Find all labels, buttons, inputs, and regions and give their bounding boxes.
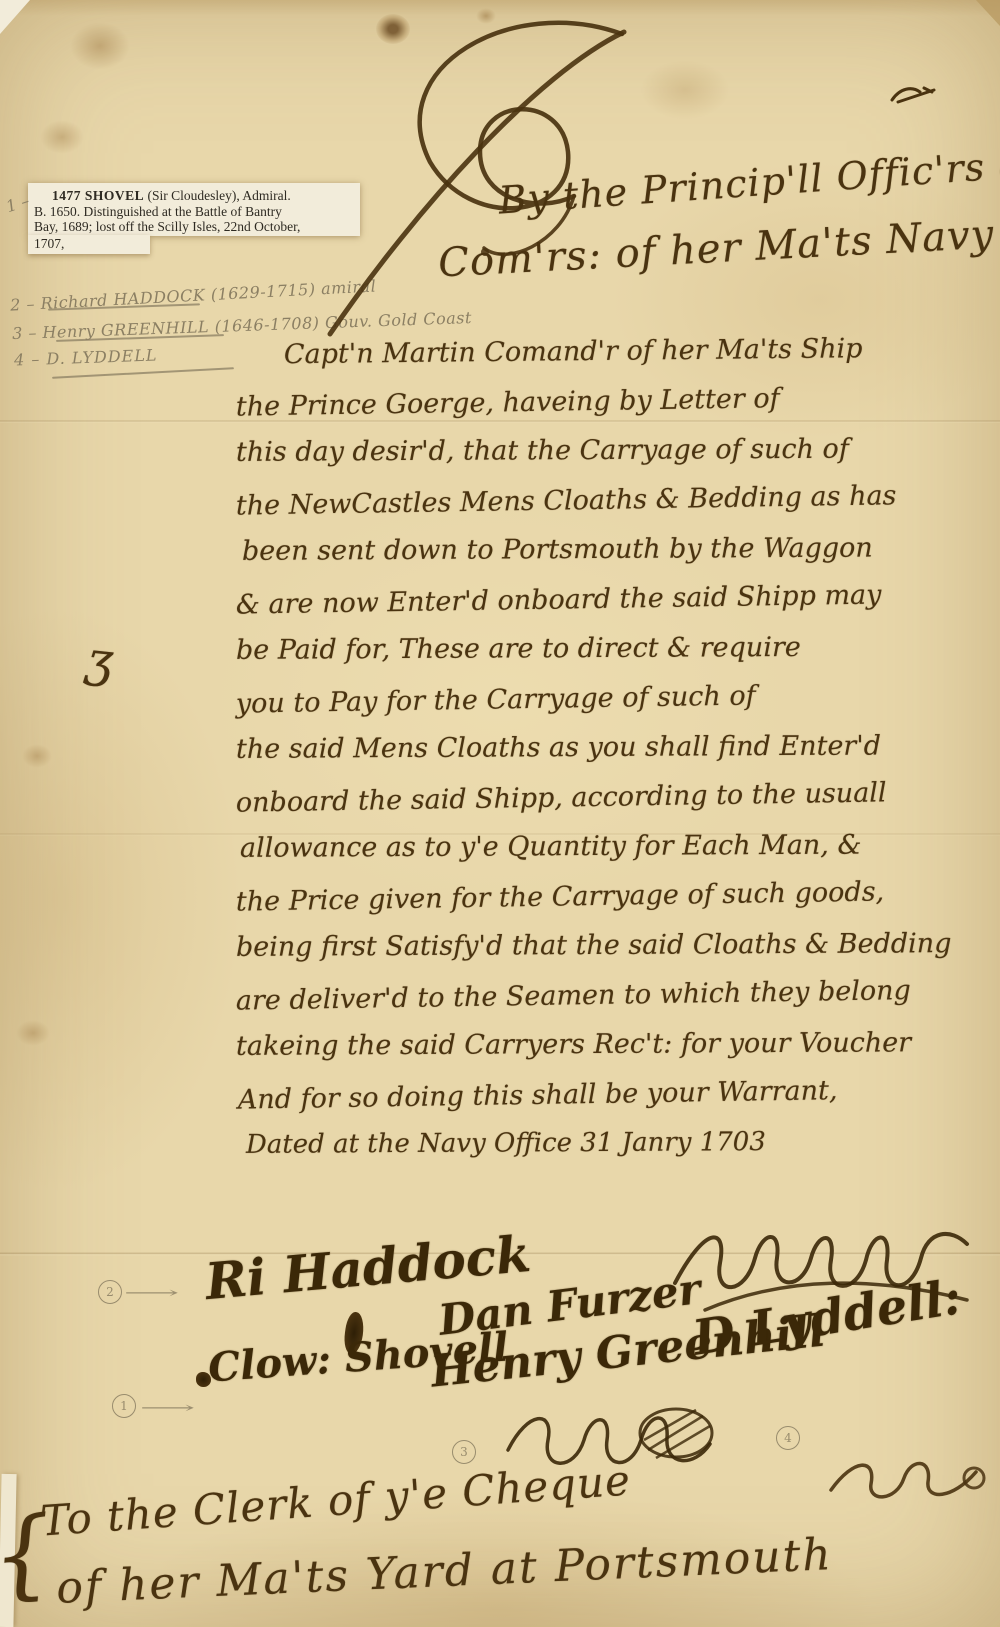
body-line: been sent down to Portsmouth by the Wagg…: [236, 532, 952, 585]
catalog-label-tab: 1707,: [28, 235, 150, 254]
body-line: being first Satisfy'd that the said Cloa…: [236, 928, 952, 981]
paper-stain: [40, 120, 84, 154]
body-line: be Paid for, These are to direct & requi…: [236, 631, 952, 684]
paper-stain: [22, 744, 52, 768]
catalog-label: 1477 SHOVEL (Sir Cloudesley), Admiral. B…: [28, 183, 360, 236]
body-line: you to Pay for the Carryage of such of: [236, 677, 952, 738]
body-line: Dated at the Navy Office 31 Janry 1703: [236, 1126, 952, 1179]
pencil-circle-1: 1: [112, 1394, 136, 1418]
body-line: this day desir'd, that the Carryage of s…: [236, 433, 952, 486]
pencil-underline: [52, 367, 234, 379]
pencil-circle-4: 4: [776, 1426, 800, 1450]
pencil-circle-3: 3: [452, 1440, 476, 1464]
dark-corner-top-right: [976, 0, 1000, 26]
pencil-arrow: ⟶: [140, 1398, 195, 1417]
label-entry-number-name: 1477 SHOVEL: [52, 188, 144, 203]
body-line: And for so doing this shall be your Warr…: [236, 1073, 952, 1134]
body-line: are deliver'd to the Seamen to which the…: [236, 974, 952, 1035]
margin-squiggle: ʒ: [83, 631, 116, 690]
body-line: & are now Enter'd onboard the said Shipp…: [236, 578, 952, 639]
label-line-1: 1477 SHOVEL (Sir Cloudesley), Admiral.: [34, 188, 354, 204]
body-line: allowance as to y'e Quantity for Each Ma…: [236, 829, 952, 882]
label-line-2: B. 1650. Distinguished at the Battle of …: [34, 204, 354, 220]
body-line: the NewCastles Mens Cloaths & Bedding as…: [236, 479, 952, 540]
address-scribble-flourish: [826, 1444, 986, 1506]
address-line-1: To the Clerk of y'e Cheque: [39, 1455, 632, 1545]
body-line: Capt'n Martin Comand'r of her Ma'ts Ship: [236, 332, 952, 389]
body-line: onboard the said Shipp, according to the…: [236, 776, 952, 837]
body-line: takeing the said Carryers Rec't: for you…: [236, 1027, 952, 1080]
body-line: the Price given for the Carryage of such…: [236, 875, 952, 936]
manuscript-page: 1477 SHOVEL (Sir Cloudesley), Admiral. B…: [0, 0, 1000, 1627]
label-line-3: Bay, 1689; lost off the Scilly Isles, 22…: [34, 219, 354, 235]
torn-corner-top-left: [0, 0, 30, 34]
ink-scratch-mark: [888, 80, 940, 108]
paper-stain: [16, 1020, 50, 1046]
pencil-circle-2: 2: [98, 1280, 122, 1304]
paper-stain: [70, 22, 130, 70]
body-line: the Prince Goerge, haveing by Letter of: [236, 380, 952, 441]
label-entry-title: (Sir Cloudesley), Admiral.: [144, 188, 291, 203]
pencil-arrow: ⟶: [124, 1283, 179, 1302]
body-line: the said Mens Cloaths as you shall find …: [236, 730, 952, 783]
pencil-note-lyddell: 4 – D. LYDDELL: [14, 346, 158, 370]
address-line-2: of her Ma'ts Yard at Portsmouth: [55, 1529, 833, 1614]
body-text: Capt'n Martin Comand'r of her Ma'ts Ship…: [236, 336, 952, 1178]
